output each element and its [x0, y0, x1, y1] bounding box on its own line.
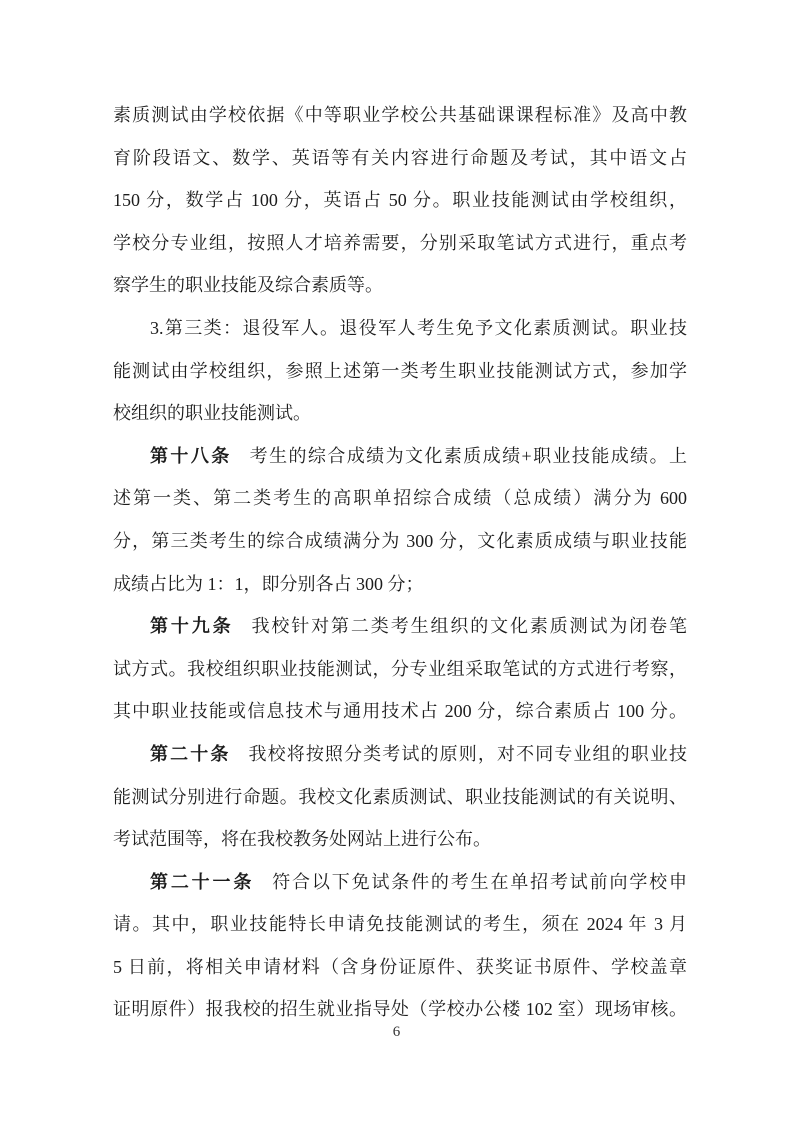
text-line: 素质测试由学校依据《中等职业学校公共基础课课程标准》及高中教: [113, 94, 687, 137]
text-line: 150 分，数学占 100 分，英语占 50 分。职业技能测试由学校组织，: [113, 179, 687, 222]
text-line: 请。其中，职业技能特长申请免技能测试的考生，须在 2024 年 3 月: [113, 903, 687, 946]
text-line: 第二十条我校将按照分类考试的原则，对不同专业组的职业技: [113, 733, 687, 776]
text-line: 3.第三类：退役军人。退役军人考生免予文化素质测试。职业技: [113, 307, 687, 350]
text-line: 第十九条我校针对第二类考生组织的文化素质测试为闭卷笔: [113, 605, 687, 648]
text-line: 分，第三类考生的综合成绩满分为 300 分，文化素质成绩与职业技能: [113, 520, 687, 563]
text-line: 考试范围等，将在我校教务处网站上进行公布。: [113, 818, 687, 861]
line-text: 符合以下免试条件的考生在单招考试前向学校申: [272, 872, 687, 892]
article-number: 第十八条: [150, 446, 232, 466]
text-line: 成绩占比为 1：1，即分别各占 300 分；: [113, 563, 687, 606]
text-line: 第十八条考生的综合成绩为文化素质成绩+职业技能成绩。上: [113, 435, 687, 478]
text-line: 述第一类、第二类考生的高职单招综合成绩（总成绩）满分为 600: [113, 477, 687, 520]
article-number: 第二十条: [150, 744, 230, 764]
text-line: 能测试由学校组织，参照上述第一类考生职业技能测试方式，参加学: [113, 350, 687, 393]
page-footer: 6: [0, 1024, 793, 1041]
text-line: 育阶段语文、数学、英语等有关内容进行命题及考试，其中语文占: [113, 137, 687, 180]
article-number: 第二十一条: [150, 872, 254, 892]
text-line: 察学生的职业技能及综合素质等。: [113, 264, 687, 307]
text-block: 素质测试由学校依据《中等职业学校公共基础课课程标准》及高中教育阶段语文、数学、英…: [113, 94, 687, 1031]
text-line: 校组织的职业技能测试。: [113, 392, 687, 435]
line-text: 我校针对第二类考生组织的文化素质测试为闭卷笔: [252, 616, 687, 636]
text-line: 能测试分别进行命题。我校文化素质测试、职业技能测试的有关说明、: [113, 776, 687, 819]
document-page: 素质测试由学校依据《中等职业学校公共基础课课程标准》及高中教育阶段语文、数学、英…: [0, 0, 793, 1122]
text-line: 第二十一条符合以下免试条件的考生在单招考试前向学校申: [113, 861, 687, 904]
line-text: 考生的综合成绩为文化素质成绩+职业技能成绩。上: [250, 446, 687, 466]
line-text: 我校将按照分类考试的原则，对不同专业组的职业技: [248, 744, 687, 764]
article-number: 第十九条: [150, 616, 234, 636]
text-line: 试方式。我校组织职业技能测试，分专业组采取笔试的方式进行考察，: [113, 648, 687, 691]
text-line: 5 日前，将相关申请材料（含身份证原件、获奖证书原件、学校盖章: [113, 946, 687, 989]
page-number: 6: [393, 1024, 401, 1040]
text-line: 学校分专业组，按照人才培养需要，分别采取笔试方式进行，重点考: [113, 222, 687, 265]
text-line: 其中职业技能或信息技术与通用技术占 200 分，综合素质占 100 分。: [113, 690, 687, 733]
